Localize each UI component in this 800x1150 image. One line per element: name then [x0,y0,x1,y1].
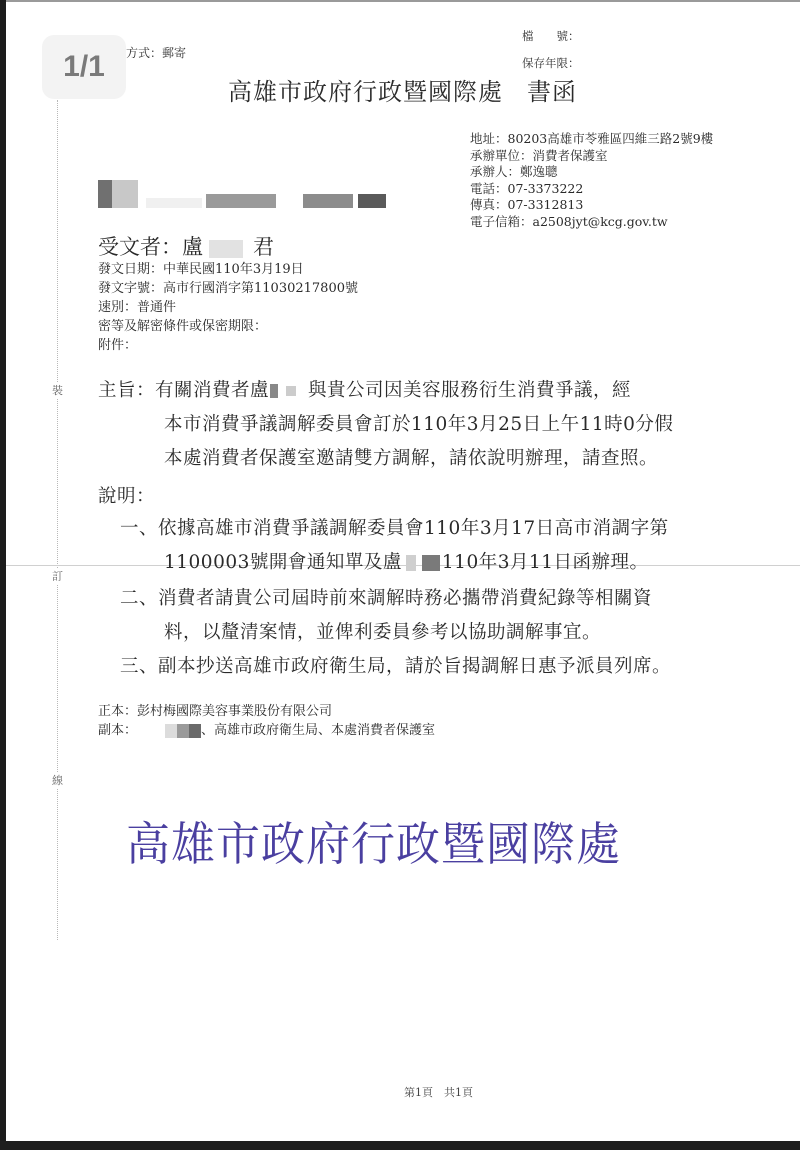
document-metadata: 發文日期：中華民國110年3月19日 發文字號：高市行國消字第110302178… [98,260,358,355]
subject-line-3: 本處消費者保護室邀請雙方調解，請依說明辦理，請查照。 [164,444,658,470]
title-type: 書函 [527,78,577,106]
issue-number: 發文字號：高市行國消字第11030217800號 [98,279,358,298]
top-border [0,0,800,2]
redacted-name [209,240,243,258]
contact-phone: 電話：07-3373222 [470,181,713,198]
recipient-prefix: 受文者：盧 [98,235,203,259]
title-organization: 高雄市政府行政暨國際處 [228,78,503,106]
document-title: 高雄市政府行政暨國際處書函 [228,72,577,107]
retention-label: 保存年限： [522,55,580,71]
binding-label-zhuang: 裝 [52,382,63,398]
issue-date: 發文日期：中華民國110年3月19日 [98,260,358,279]
original-copy-recipient: 正本：彭村梅國際美容事業股份有限公司 [98,702,332,721]
explanation-item-2-line-2: 料，以釐清案情，並俾利委員參考以協助調解事宜。 [164,618,601,644]
attachments: 附件： [98,336,358,355]
binding-label-xian: 線 [52,772,63,788]
explanation-item-3-line-1: 三、副本抄送高雄市政府衛生局，請於旨揭調解日惠予派員列席。 [120,652,671,678]
binding-label-ding: 訂 [52,568,63,584]
cc-recipients: 副本：、高雄市政府衛生局、本處消費者保護室 [98,721,435,740]
speed-classification: 速別：普通件 [98,298,358,317]
subject-label: 主旨： [98,380,155,401]
contact-officer: 承辦人：鄭逸聰 [470,164,713,181]
bottom-frame-bar [0,1141,800,1150]
recipient-line: 受文者：盧君 [98,231,274,261]
official-seal-stamp: 高雄市政府行政暨國際處 [126,806,621,873]
contact-address: 地址：80203高雄市苓雅區四維三路2號9樓 [470,131,713,148]
recipient-suffix: 君 [253,235,274,259]
page-indicator-badge: 1/1 [42,35,126,99]
explanation-item-1-line-2: 1100003號開會通知單及盧110年3月11日函辦理。 [164,548,649,574]
contact-unit: 承辦單位：消費者保護室 [470,148,713,165]
delivery-method: 方式：郵寄 [126,44,186,61]
explanation-item-2-line-1: 二、消費者請貴公司屆時前來調解時務必攜帶消費紀錄等相關資 [120,584,652,610]
contact-email: 電子信箱：a2508jyt@kcg.gov.tw [470,214,713,231]
subject-line-1: 主旨：有關消費者盧與貴公司因美容服務衍生消費爭議，經 [98,376,631,402]
binding-line [57,100,58,940]
page-footer: 第1頁 共1頁 [404,1084,473,1100]
confidentiality: 密等及解密條件或保密期限： [98,317,358,336]
explanation-label: 說明： [98,482,155,508]
contact-block: 地址：80203高雄市苓雅區四維三路2號9樓 承辦單位：消費者保護室 承辦人：鄭… [470,131,713,230]
contact-fax: 傳真：07-3312813 [470,197,713,214]
file-number-label: 檔 號： [522,28,580,44]
explanation-item-1-line-1: 一、依據高雄市消費爭議調解委員會110年3月17日高市消調字第 [120,514,669,540]
subject-line-2: 本市消費爭議調解委員會訂於110年3月25日上午11時0分假 [164,410,673,436]
left-frame-bar [0,0,6,1150]
